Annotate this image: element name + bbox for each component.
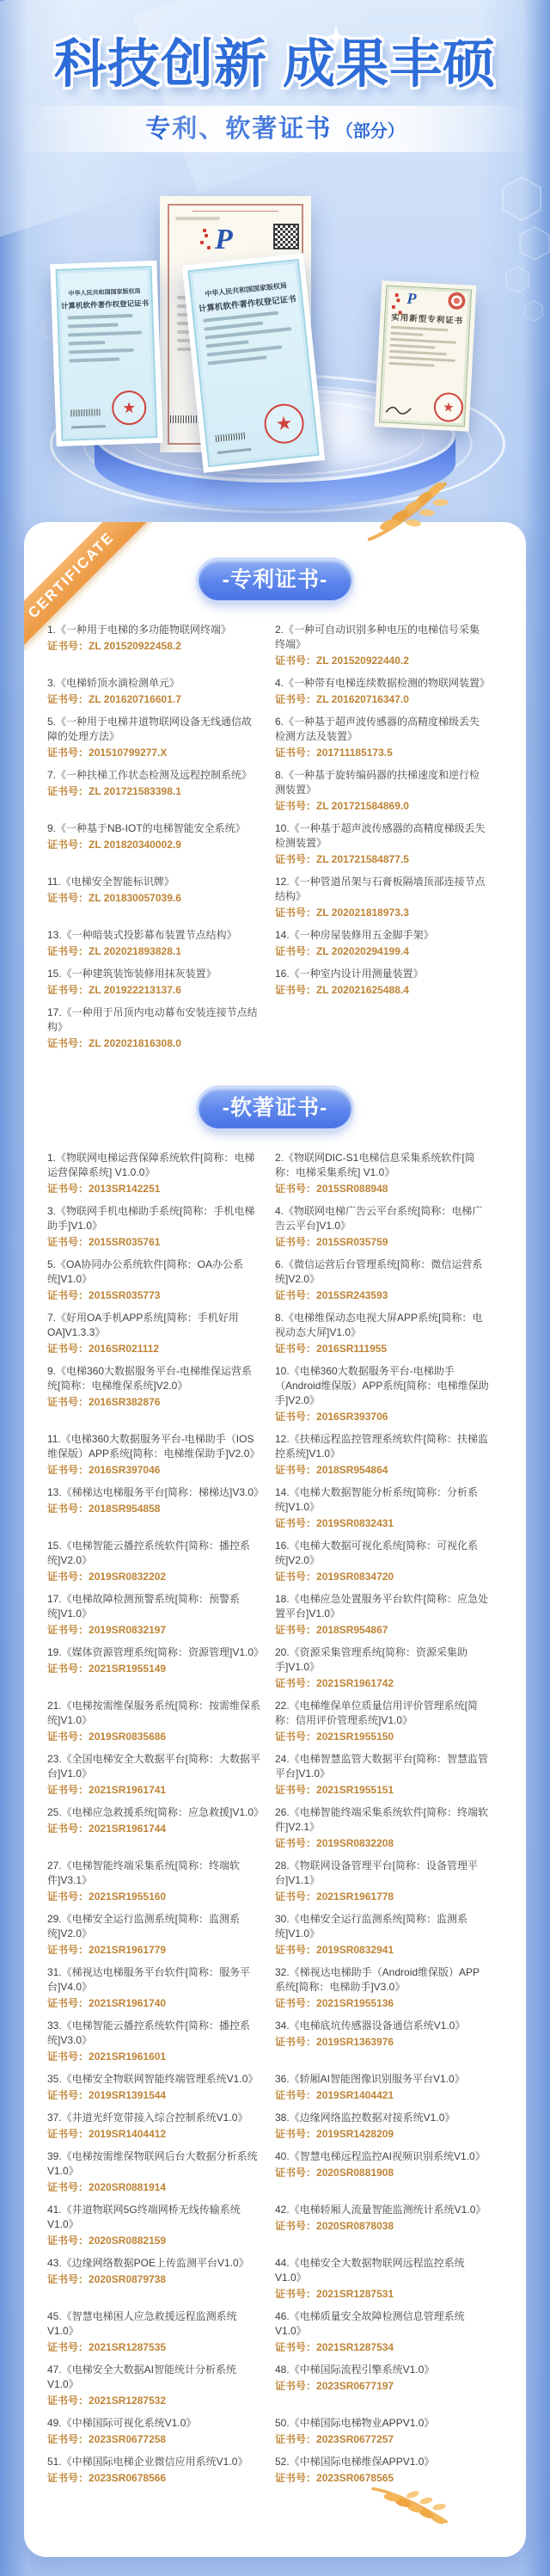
item-title: 31.《梯视达电梯服务平台软件[简称：服务平台]V4.0》: [47, 1965, 261, 1995]
item-certificate-number: 证书号：2019SR1404421: [275, 2088, 489, 2103]
software-item: 31.《梯视达电梯服务平台软件[简称：服务平台]V4.0》证书号：2021SR1…: [47, 1965, 275, 2011]
patents-item: 9.《一种基于NB-IOT的电梯智能安全系统》证书号：ZL 2018203400…: [47, 821, 275, 852]
software-item: 39.《电梯按需维保物联网后台大数据分析系统V1.0》证书号：2020SR088…: [47, 2149, 275, 2195]
item-title: 30.《电梯安全运行监测系统[简称：监测系统]V1.0》: [275, 1912, 489, 1941]
certificate-number-label: 证书号：: [47, 1464, 89, 1476]
red-star-seal-icon: ★: [262, 402, 306, 446]
certificate-number-value: 2020SR0881908: [316, 2167, 394, 2179]
certificate-number-label: 证书号：: [47, 1343, 89, 1355]
certificate-number-label: 证书号：: [47, 1663, 89, 1675]
certificate-number-label: 证书号：: [275, 853, 316, 865]
item-title: 5.《一种用于电梯井道物联网设备无线通信故障的处理方法》: [47, 715, 261, 744]
certificate-number-label: 证书号：: [47, 2433, 89, 2445]
certificate-number-label: 证书号：: [275, 2167, 316, 2179]
certificate-number-value: ZL 201721583398.1: [89, 785, 181, 797]
patents-item: 14.《一种房屋装修用五金脚手架》证书号：ZL 202020294199.4: [275, 928, 503, 959]
certificate-number-value: 201711185173.5: [316, 747, 393, 759]
software-item: 5.《OA协同办公系统软件[简称：OA办公系统]V1.0》证书号：2015SR0…: [47, 1257, 275, 1303]
software-item: 15.《电梯智能云播控系统软件[简称：播控系统]V2.0》证书号：2019SR0…: [47, 1539, 275, 1584]
signature-icon: [383, 402, 413, 419]
item-title: 42.《电梯轿厢人流量智能监测统计系统V1.0》: [275, 2203, 489, 2217]
software-item: 6.《微信运营后台管理系统[简称：微信运营系统]V2.0》证书号：2015SR2…: [275, 1257, 503, 1303]
software-item: 20.《资源采集管理系统[简称：资源采集助手]V1.0》证书号：2021SR19…: [275, 1645, 503, 1691]
certificate-title: 计算机软件著作权登记证书: [58, 298, 151, 311]
item-certificate-number: 证书号：ZL 201721583398.1: [47, 784, 261, 799]
item-title: 19.《媒体资源管理系统[简称：资源管理]V1.0》: [47, 1645, 261, 1660]
certificate-number-label: 证书号：: [47, 693, 89, 705]
software-item: 11.《电梯360大数据服务平台-电梯助手（IOS维保版）APP系统[简称：电梯…: [47, 1432, 275, 1478]
item-certificate-number: 证书号：ZL 202021818973.3: [275, 906, 489, 920]
item-title: 3.《电梯轿顶水滴检测单元》: [47, 676, 261, 691]
certificate-software-copyright-left: 中华人民共和国国家版权局 计算机软件著作权登记证书 ★: [50, 261, 162, 446]
patents-item: 6.《一种基于超声波传感器的高精度梯级丢失检测方法及装置》证书号：2017111…: [275, 715, 503, 760]
certificate-number-value: 2021SR1961601: [89, 2050, 166, 2063]
certificate-number-label: 证书号：: [47, 1624, 89, 1636]
software-item: 1.《物联网电梯运营保障系统软件[简称：电梯运营保障系统] V1.0.0》证书号…: [47, 1151, 275, 1196]
item-title: 51.《中梯国际电梯企业微信应用系统V1.0》: [47, 2455, 261, 2469]
item-title: 11.《电梯360大数据服务平台-电梯助手（IOS维保版）APP系统[简称：电梯…: [47, 1432, 261, 1461]
item-certificate-number: 证书号：2019SR0835686: [47, 1730, 261, 1744]
item-title: 10.《一种基于超声波传感器的高精度梯级丢失检测装置》: [275, 821, 489, 851]
item-certificate-number: 证书号：2021SR1955151: [275, 1783, 489, 1798]
certificate-number-label: 证书号：: [47, 1823, 89, 1835]
patents-item: 5.《一种用于电梯井道物联网设备无线通信故障的处理方法》证书号：20151079…: [47, 715, 275, 760]
item-certificate-number: 证书号：ZL 201721584877.5: [275, 852, 489, 867]
patents-item: 3.《电梯轿顶水滴检测单元》证书号：ZL 201620716601.7: [47, 676, 275, 707]
software-item: 12.《扶梯远程监控管理系统软件[简称：扶梯监控系统]V1.0》证书号：2018…: [275, 1432, 503, 1478]
software-item: 44.《电梯安全大数据物联网远程监控系统V1.0》证书号：2021SR12875…: [275, 2256, 503, 2302]
item-title: 6.《一种基于超声波传感器的高精度梯级丢失检测方法及装置》: [275, 715, 489, 744]
certificate-number-label: 证书号：: [47, 1571, 89, 1583]
item-certificate-number: 证书号：2023SR0677257: [275, 2432, 489, 2447]
item-certificate-number: 证书号：ZL 201922213137.6: [47, 983, 261, 998]
certificate-number-value: 2019SR0832431: [316, 1517, 394, 1529]
item-title: 20.《资源采集管理系统[简称：资源采集助手]V1.0》: [275, 1645, 489, 1675]
item-title: 37.《井道光纤宽带接入综合控制系统V1.0》: [47, 2111, 261, 2125]
item-title: 1.《物联网电梯运营保障系统软件[简称：电梯运营保障系统] V1.0.0》: [47, 1151, 261, 1180]
header: 科技创新 成果丰硕: [0, 0, 550, 97]
item-certificate-number: 证书号：2019SR0834720: [275, 1570, 489, 1584]
software-item: 46.《电梯质量安全故障检测信息管理系统V1.0》证书号：2021SR12875…: [275, 2309, 503, 2355]
certificate-number-label: 证书号：: [47, 945, 89, 957]
certificate-number-value: 2015SR035761: [89, 1236, 160, 1248]
patents-item: 13.《一种暗装式投影幕布装置节点结构》证书号：ZL 202021893828.…: [47, 928, 275, 959]
barcode-icon: [70, 409, 100, 416]
certificate-number-label: 证书号：: [275, 1343, 316, 1355]
certificate-number-value: 2019SR0832208: [316, 1837, 394, 1849]
hero-certificates: P 发明专利证书 中华人民共和国国家版权局 计算机软件著作权登记证书 ★: [0, 152, 550, 526]
software-item: 17.《电梯故障检测预警系统[简称：预警系统]V1.0》证书号：2019SR08…: [47, 1592, 275, 1638]
item-title: 8.《一种基于旋转编码器的扶梯速度和逆行检测装置》: [275, 768, 489, 797]
item-certificate-number: 证书号：ZL 201820340002.9: [47, 838, 261, 852]
software-item: 41.《井道物联网5G终端网桥无线传输系统V1.0》证书号：2020SR0882…: [47, 2203, 275, 2248]
software-item: 51.《中梯国际电梯企业微信应用系统V1.0》证书号：2023SR0678566: [47, 2455, 275, 2486]
software-item: 52.《中梯国际电梯维保APPV1.0》证书号：2023SR0678565: [275, 2455, 503, 2486]
item-certificate-number: 证书号：2021SR1955150: [275, 1730, 489, 1744]
certificate-number-label: 证书号：: [47, 1183, 89, 1195]
ribbon-corner: CERTIFICATE: [24, 522, 153, 651]
item-title: 36.《轿厢AI智能图像识别服务平台V1.0》: [275, 2072, 489, 2087]
item-title: 16.《电梯大数据可视化系统[简称：可视化系统]V2.0》: [275, 1539, 489, 1568]
software-item: 9.《电梯360大数据服务平台-电梯维保运营系统[简称：电梯维保系统]V2.0》…: [47, 1364, 275, 1410]
certificate-number-value: 2019SR1428209: [316, 2128, 394, 2140]
item-certificate-number: 证书号：2018SR954858: [47, 1502, 261, 1516]
item-certificate-number: 证书号：2019SR1404412: [47, 2127, 261, 2142]
item-certificate-number: 证书号：ZL 202021625488.4: [275, 983, 489, 998]
item-certificate-number: 证书号：2019SR0832208: [275, 1836, 489, 1851]
certificate-number-value: 2020SR0881914: [89, 2181, 166, 2193]
certificates-card: CERTIFICATE -专利证书- 1.《一种用于电梯的多功能物联网终端》证书…: [24, 522, 526, 2557]
item-title: 17.《电梯故障检测预警系统[简称：预警系统]V1.0》: [47, 1592, 261, 1621]
item-certificate-number: 证书号：2016SR382876: [47, 1395, 261, 1410]
certificate-number-label: 证书号：: [275, 907, 316, 919]
item-title: 39.《电梯按需维保物联网后台大数据分析系统V1.0》: [47, 2149, 261, 2179]
software-item: 37.《井道光纤宽带接入综合控制系统V1.0》证书号：2019SR1404412: [47, 2111, 275, 2142]
certificate-number-label: 证书号：: [275, 1464, 316, 1476]
certificate-number-value: ZL 201820340002.9: [89, 839, 181, 851]
item-certificate-number: 证书号：2020SR0879738: [47, 2272, 261, 2287]
item-title: 52.《中梯国际电梯维保APPV1.0》: [275, 2455, 489, 2469]
certificate-number-label: 证书号：: [275, 747, 316, 759]
item-certificate-number: 证书号：2021SR1955136: [275, 1996, 489, 2011]
certificate-number-label: 证书号：: [275, 2472, 316, 2484]
certificate-number-label: 证书号：: [275, 1183, 316, 1195]
certificate-number-value: 2019SR1391544: [89, 2089, 166, 2101]
certificate-number-value: 2021SR1961744: [89, 1823, 166, 1835]
certificate-number-label: 证书号：: [275, 2433, 316, 2445]
software-item: 29.《电梯安全运行监测系统[简称：监测系统]V2.0》证书号：2021SR19…: [47, 1912, 275, 1958]
software-item: 33.《电梯智能云播控系统软件[简称：播控系统]V3.0》证书号：2021SR1…: [47, 2019, 275, 2064]
certificate-number-label: 证书号：: [47, 984, 89, 996]
item-certificate-number: 证书号：2021SR1287535: [47, 2340, 261, 2355]
certificate-number-value: 2016SR397046: [89, 1464, 160, 1476]
certificate-number-value: 2020SR0878038: [316, 2220, 394, 2232]
software-item: 32.《梯视达电梯助手（Android维保版）APP系统[简称：电梯助手]V3.…: [275, 1965, 503, 2011]
item-certificate-number: 证书号：ZL 202021893828.1: [47, 944, 261, 959]
certificate-number-value: ZL 201922213137.6: [89, 984, 181, 996]
item-certificate-number: 证书号：2021SR1955149: [47, 1662, 261, 1676]
item-title: 12.《扶梯远程监控管理系统软件[简称：扶梯监控系统]V1.0》: [275, 1432, 489, 1461]
item-title: 15.《电梯智能云播控系统软件[简称：播控系统]V2.0》: [47, 1539, 261, 1568]
software-item: 27.《电梯智能终端采集系统[简称：终端软件]V3.1》证书号：2021SR19…: [47, 1859, 275, 1904]
software-item: 3.《物联网手机电梯助手系统[简称：手机电梯助手]V1.0》证书号：2015SR…: [47, 1204, 275, 1250]
item-title: 40.《智慧电梯远程监控AI视频识别系统V1.0》: [275, 2149, 489, 2164]
item-certificate-number: 证书号：2018SR954867: [275, 1623, 489, 1638]
certificate-number-placeholder: [217, 448, 252, 454]
item-certificate-number: 证书号：2021SR1955160: [47, 1890, 261, 1904]
certificate-number-value: 2021SR1287535: [89, 2341, 166, 2353]
item-title: 24.《电梯智慧监管大数据平台[简称：智慧监管平台]V1.0》: [275, 1752, 489, 1781]
certificate-number-value: ZL 202021625488.4: [316, 984, 409, 996]
certificate-number-value: 2018SR954864: [316, 1464, 388, 1476]
certificate-number-value: ZL 202021893828.1: [89, 945, 181, 957]
item-certificate-number: 证书号：2020SR0878038: [275, 2219, 489, 2234]
certificate-number-label: 证书号：: [275, 2341, 316, 2353]
software-item: 30.《电梯安全运行监测系统[简称：监测系统]V1.0》证书号：2019SR08…: [275, 1912, 503, 1958]
item-certificate-number: 证书号：2021SR1287534: [275, 2340, 489, 2355]
certificate-number-label: 证书号：: [275, 1731, 316, 1743]
item-certificate-number: 证书号：2019SR1428209: [275, 2127, 489, 2142]
item-title: 6.《微信运营后台管理系统[简称：微信运营系统]V2.0》: [275, 1257, 489, 1287]
certificate-number-label: 证书号：: [275, 1411, 316, 1423]
item-title: 43.《边缘网络数据POE上传监测平台V1.0》: [47, 2256, 261, 2271]
certificate-number-value: 201510799277.X: [89, 747, 167, 759]
item-title: 8.《电梯维保动态电视大屏APP系统[简称：电视动态大屏]V1.0》: [275, 1311, 489, 1340]
item-title: 41.《井道物联网5G终端网桥无线传输系统V1.0》: [47, 2203, 261, 2232]
item-certificate-number: 证书号：2021SR1961741: [47, 1783, 261, 1798]
ornament-line: [192, 206, 278, 212]
item-title: 38.《边缘网络监控数据对接系统V1.0》: [275, 2111, 489, 2125]
certificate-number-label: 证书号：: [275, 800, 316, 812]
certificate-number-label: 证书号：: [47, 2128, 89, 2140]
software-item: 13.《梯梯达电梯服务平台[简称：梯梯达]V3.0》证书号：2018SR9548…: [47, 1485, 275, 1516]
item-certificate-number: 证书号：2015SR035761: [47, 1235, 261, 1250]
certificate-number-label: 证书号：: [47, 2472, 89, 2484]
item-title: 18.《电梯应急处置服务平台软件[简称：应急处置平台]V1.0》: [275, 1592, 489, 1621]
certificate-number-value: 2019SR1363976: [316, 2036, 394, 2048]
item-title: 14.《电梯大数据智能分析系统[简称：分析系统]V1.0》: [275, 1485, 489, 1515]
item-title: 16.《一种室内设计用测量装置》: [275, 967, 489, 981]
certificate-number-label: 证书号：: [275, 2288, 316, 2300]
item-title: 9.《电梯360大数据服务平台-电梯维保运营系统[简称：电梯维保系统]V2.0》: [47, 1364, 261, 1393]
item-certificate-number: 证书号：ZL 201520922440.2: [275, 654, 489, 668]
certificate-number-label: 证书号：: [47, 2395, 89, 2407]
item-title: 11.《电梯安全智能标识牌》: [47, 875, 261, 889]
certificate-number-label: 证书号：: [47, 1731, 89, 1743]
certificate-number-value: 2023SR0678566: [89, 2472, 166, 2484]
certificate-text-lines: [194, 309, 307, 366]
certificate-number-label: 证书号：: [47, 2235, 89, 2247]
certificate-number-label: 证书号：: [47, 1236, 89, 1248]
item-certificate-number: 证书号：ZL 201620716347.0: [275, 692, 489, 707]
certificate-number-label: 证书号：: [275, 1944, 316, 1956]
item-title: 10.《电梯360大数据服务平台-电梯助手（Android维保版）APP系统[简…: [275, 1364, 489, 1408]
certificate-number-value: 2021SR1961778: [316, 1891, 394, 1903]
patents-item: 16.《一种室内设计用测量装置》证书号：ZL 202021625488.4: [275, 967, 503, 998]
software-item: 38.《边缘网络监控数据对接系统V1.0》证书号：2019SR1428209: [275, 2111, 503, 2142]
certificate-number-value: 2020SR0879738: [89, 2273, 166, 2285]
item-certificate-number: 证书号：2013SR142251: [47, 1182, 261, 1196]
software-item: 18.《电梯应急处置服务平台软件[简称：应急处置平台]V1.0》证书号：2018…: [275, 1592, 503, 1638]
item-certificate-number: 证书号：2019SR0832197: [47, 1623, 261, 1638]
item-title: 14.《一种房屋装修用五金脚手架》: [275, 928, 489, 943]
certificate-number-value: 2019SR0832941: [316, 1944, 394, 1956]
item-title: 49.《中梯国际可视化系统V1.0》: [47, 2416, 261, 2431]
item-title: 15.《一种建筑装饰装修用抹灰装置》: [47, 967, 261, 981]
certificate-number-label: 证书号：: [275, 1784, 316, 1796]
certificate-number-value: 2016SR111955: [316, 1343, 387, 1355]
software-item: 50.《中梯国际电梯物业APPV1.0》证书号：2023SR0677257: [275, 2416, 503, 2447]
certificate-number-value: 2019SR1404421: [316, 2089, 394, 2101]
item-title: 2.《一种可自动识别多种电压的电梯信号采集终端》: [275, 623, 489, 652]
software-item: 36.《轿厢AI智能图像识别服务平台V1.0》证书号：2019SR1404421: [275, 2072, 503, 2103]
item-certificate-number: 证书号：2016SR021112: [47, 1342, 261, 1356]
certificate-number-label: 证书号：: [47, 1891, 89, 1903]
software-item: 28.《物联网设备管理平台[简称：设备管理平台]V1.1》证书号：2021SR1…: [275, 1859, 503, 1904]
certificate-number-value: 2015SR088948: [316, 1183, 388, 1195]
item-title: 32.《梯视达电梯助手（Android维保版）APP系统[简称：电梯助手]V3.…: [275, 1965, 489, 1995]
item-title: 13.《一种暗装式投影幕布装置节点结构》: [47, 928, 261, 943]
item-title: 3.《物联网手机电梯助手系统[简称：手机电梯助手]V1.0》: [47, 1204, 261, 1233]
certificate-number-value: 2013SR142251: [89, 1183, 160, 1195]
item-title: 44.《电梯安全大数据物联网远程监控系统V1.0》: [275, 2256, 489, 2285]
page-subtitle-note: （部分）: [336, 122, 405, 141]
certificate-number-label: 证书号：: [47, 747, 89, 759]
certificate-number-value: 2021SR1955160: [89, 1891, 166, 1903]
certificate-ribbon: CERTIFICATE: [24, 522, 153, 651]
certificate-number-value: 2021SR1955150: [316, 1731, 394, 1743]
certificate-number-value: 2019SR0834720: [316, 1571, 394, 1583]
certificate-number-value: 2019SR0832197: [89, 1624, 166, 1636]
certificate-number-value: ZL 201620716347.0: [316, 693, 409, 705]
item-certificate-number: 证书号：2023SR0678566: [47, 2471, 261, 2486]
certificate-number-value: 2023SR0677258: [89, 2433, 166, 2445]
item-certificate-number: 证书号：ZL 201620716601.7: [47, 692, 261, 707]
item-certificate-number: 证书号：2021SR1961744: [47, 1822, 261, 1836]
software-item: 49.《中梯国际可视化系统V1.0》证书号：2023SR0677258: [47, 2416, 275, 2447]
item-certificate-number: 证书号：2020SR0881914: [47, 2180, 261, 2195]
item-certificate-number: 证书号：ZL 202020294199.4: [275, 944, 489, 959]
certificate-number-value: 2021SR1961741: [89, 1784, 166, 1796]
certificate-number-label: 证书号：: [275, 2220, 316, 2232]
item-certificate-number: 证书号：2016SR111955: [275, 1342, 489, 1356]
certificate-number-value: 2018SR954858: [89, 1503, 160, 1515]
item-certificate-number: 证书号：2021SR1287531: [275, 2287, 489, 2302]
item-title: 25.《电梯应急救援系统[简称：应急救援]V1.0》: [47, 1805, 261, 1820]
certificate-number-value: ZL 201620716601.7: [89, 693, 181, 705]
software-item: 14.《电梯大数据智能分析系统[简称：分析系统]V1.0》证书号：2019SR0…: [275, 1485, 503, 1531]
software-item: 10.《电梯360大数据服务平台-电梯助手（Android维保版）APP系统[简…: [275, 1364, 503, 1424]
certificate-number-value: 2016SR382876: [89, 1396, 160, 1408]
certificate-number-label: 证书号：: [47, 785, 89, 797]
software-item: 40.《智慧电梯远程监控AI视频识别系统V1.0》证书号：2020SR08819…: [275, 2149, 503, 2180]
certificate-text-lines: [58, 313, 153, 363]
software-item: 16.《电梯大数据可视化系统[简称：可视化系统]V2.0》证书号：2019SR0…: [275, 1539, 503, 1584]
item-certificate-number: 证书号：2019SR1391544: [47, 2088, 261, 2103]
item-title: 22.《电梯维保单位质量信用评价管理系统[简称：信用评价管理系统]V1.0》: [275, 1699, 489, 1728]
item-certificate-number: 证书号：ZL 202021816308.0: [47, 1036, 261, 1051]
certificate-number-value: 2015SR035773: [89, 1289, 160, 1301]
certificate-number-value: 2023SR0677197: [316, 2380, 394, 2392]
certificate-number-label: 证书号：: [275, 1997, 316, 2009]
item-certificate-number: 证书号：2021SR1961740: [47, 1996, 261, 2011]
certificate-software-copyright-front: 中华人民共和国国家版权局 计算机软件著作权登记证书 ★: [182, 253, 326, 473]
item-certificate-number: 证书号：2016SR393706: [275, 1410, 489, 1424]
software-item: 24.《电梯智慧监管大数据平台[简称：智慧监管平台]V1.0》证书号：2021S…: [275, 1752, 503, 1798]
certificate-number-value: 2020SR0882159: [89, 2235, 166, 2247]
certificate-number-label: 证书号：: [47, 1037, 89, 1049]
item-title: 29.《电梯安全运行监测系统[简称：监测系统]V2.0》: [47, 1912, 261, 1941]
item-title: 21.《电梯按需维保服务系统[简称：按需维保系统]V1.0》: [47, 1699, 261, 1728]
certificate-number-value: 2021SR1287531: [316, 2288, 394, 2300]
software-item: 47.《电梯安全大数据AI智能统计分析系统V1.0》证书号：2021SR1287…: [47, 2363, 275, 2408]
item-certificate-number: 证书号：2023SR0677258: [47, 2432, 261, 2447]
certificate-number-label: 证书号：: [275, 984, 316, 996]
certificate-number-value: 2021SR1961742: [316, 1677, 394, 1689]
certificate-number-label: 证书号：: [47, 2050, 89, 2063]
patents-item: 7.《一种扶梯工作状态检测及远程控制系统》证书号：ZL 201721583398…: [47, 768, 275, 799]
item-title: 23.《全国电梯安全大数据平台[简称：大数据平台]V1.0》: [47, 1752, 261, 1781]
barcode-icon: [216, 433, 246, 443]
hexagon-icon: [502, 176, 541, 221]
item-certificate-number: 证书号：2015SR243593: [275, 1288, 489, 1303]
certificate-number-value: 2018SR954867: [316, 1624, 388, 1636]
certificate-number-label: 证书号：: [275, 945, 316, 957]
item-certificate-number: 证书号：2021SR1961601: [47, 2050, 261, 2064]
certificate-number-label: 证书号：: [275, 693, 316, 705]
item-title: 28.《物联网设备管理平台[简称：设备管理平台]V1.1》: [275, 1859, 489, 1888]
item-certificate-number: 证书号：2016SR397046: [47, 1463, 261, 1478]
certificate-number-label: 证书号：: [47, 1997, 89, 2009]
item-title: 4.《物联网电梯广告云平台系统[简称：电梯广告云平台]V1.0》: [275, 1204, 489, 1233]
certificate-number-value: 2019SR0835686: [89, 1731, 166, 1743]
certificate-number-label: 证书号：: [47, 839, 89, 851]
certificate-number-value: ZL 201721584869.0: [316, 800, 409, 812]
certificate-number-label: 证书号：: [275, 2036, 316, 2048]
certificate-number-label: 证书号：: [275, 2089, 316, 2101]
certificate-number-value: 2016SR021112: [89, 1343, 159, 1355]
patents-item: 10.《一种基于超声波传感器的高精度梯级丢失检测装置》证书号：ZL 201721…: [275, 821, 503, 867]
item-certificate-number: 证书号：2015SR035759: [275, 1235, 489, 1250]
item-title: 7.《一种扶梯工作状态检测及远程控制系统》: [47, 768, 261, 783]
patents-item: 11.《电梯安全智能标识牌》证书号：ZL 201830057039.6: [47, 875, 275, 906]
patents-item: 15.《一种建筑装饰装修用抹灰装置》证书号：ZL 201922213137.6: [47, 967, 275, 998]
item-title: 12.《一种管道吊架与石膏板隔墙顶部连接节点结构》: [275, 875, 489, 904]
item-certificate-number: 证书号：2019SR1363976: [275, 2035, 489, 2050]
software-item: 35.《电梯安全物联网智能终端管理系统V1.0》证书号：2019SR139154…: [47, 2072, 275, 2103]
software-item: 43.《边缘网络数据POE上传监测平台V1.0》证书号：2020SR087973…: [47, 2256, 275, 2287]
patent-list: 1.《一种用于电梯的多功能物联网终端》证书号：ZL 201520922458.2…: [47, 623, 503, 1059]
patents-item: 8.《一种基于旋转编码器的扶梯速度和逆行检测装置》证书号：ZL 20172158…: [275, 768, 503, 814]
certificate-number-value: 2019SR1404412: [89, 2128, 166, 2140]
certificate-number-value: 2015SR035759: [316, 1236, 388, 1248]
certificate-number-value: ZL 201830057039.6: [89, 892, 181, 904]
software-list: 1.《物联网电梯运营保障系统软件[简称：电梯运营保障系统] V1.0.0》证书号…: [47, 1151, 503, 2493]
item-certificate-number: 证书号：2023SR0678565: [275, 2471, 489, 2486]
certificate-number-value: 2016SR393706: [316, 1411, 388, 1423]
item-certificate-number: 证书号：ZL 201830057039.6: [47, 891, 261, 906]
certificate-number-label: 证书号：: [275, 2128, 316, 2140]
item-title: 7.《好用OA手机APP系统[简称：手机好用OA]V1.3.3》: [47, 1311, 261, 1340]
certificate-number-value: ZL 201520922440.2: [316, 655, 409, 667]
certificate-number-value: 2015SR243593: [316, 1289, 388, 1301]
item-certificate-number: 证书号：201711185173.5: [275, 746, 489, 760]
red-star-seal-icon: ★: [112, 390, 147, 425]
section-title-patents: -专利证书-: [199, 560, 351, 600]
certificate-number-label: 证书号：: [275, 1289, 316, 1301]
software-item: 23.《全国电梯安全大数据平台[简称：大数据平台]V1.0》证书号：2021SR…: [47, 1752, 275, 1798]
certificate-number-label: 证书号：: [47, 1289, 89, 1301]
item-certificate-number: 证书号：2020SR0882159: [47, 2234, 261, 2248]
certificate-number-value: ZL 202021816308.0: [89, 1037, 181, 1049]
certificate-number-label: 证书号：: [275, 1624, 316, 1636]
certificate-number-value: 2023SR0678565: [316, 2472, 394, 2484]
patents-item: 2.《一种可自动识别多种电压的电梯信号采集终端》证书号：ZL 201520922…: [275, 623, 503, 668]
certificate-number-label: 证书号：: [47, 1784, 89, 1796]
item-title: 13.《梯梯达电梯服务平台[简称：梯梯达]V3.0》: [47, 1485, 261, 1500]
item-certificate-number: 证书号：2015SR035773: [47, 1288, 261, 1303]
software-item: 42.《电梯轿厢人流量智能监测统计系统V1.0》证书号：2020SR087803…: [275, 2203, 503, 2234]
certificate-number-value: 2021SR1961779: [89, 1944, 166, 1956]
item-certificate-number: 证书号：201510799277.X: [47, 746, 261, 760]
certificate-number-placeholder: [71, 425, 106, 428]
patent-office-logo-icon: P: [215, 225, 233, 255]
certificate-number-label: 证书号：: [275, 1837, 316, 1849]
subtitle-band: 专利、软著证书 （部分）: [0, 106, 550, 152]
hexagon-icon: [519, 226, 550, 261]
certificate-number-label: 证书号：: [47, 892, 89, 904]
item-title: 5.《OA协同办公系统软件[简称：OA办公系统]V1.0》: [47, 1257, 261, 1287]
